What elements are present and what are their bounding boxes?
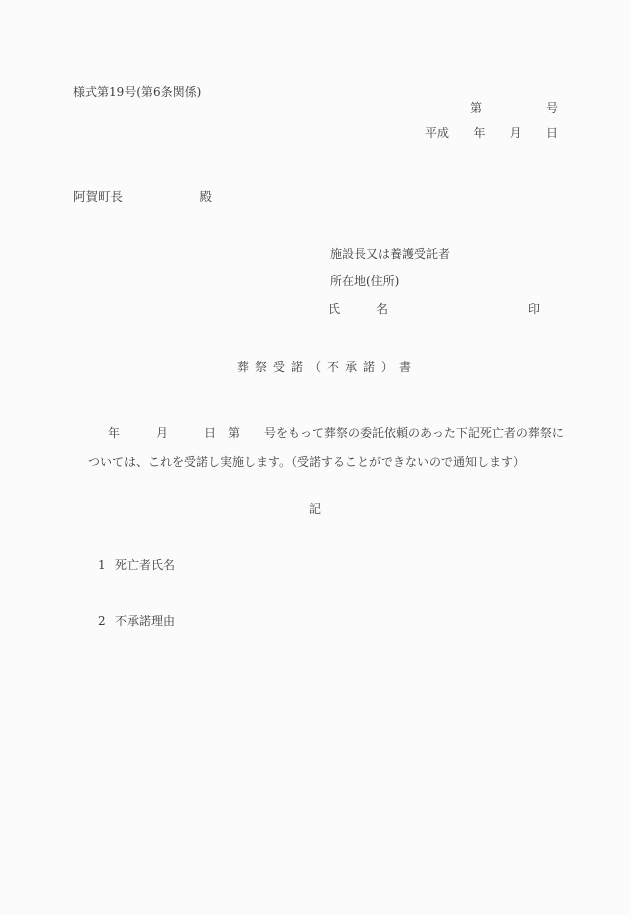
date-day: 日 — [546, 127, 558, 141]
sender-name-label: 氏 名 — [328, 303, 388, 317]
item-number: 2 — [98, 615, 115, 629]
body-paragraph-line2: ついては、これを受諾し実施します。（受諾することができないので通知します） — [88, 456, 525, 470]
addressee-title: 阿賀町長 — [73, 190, 123, 204]
form-number: 様式第19号(第6条関係) — [73, 86, 201, 100]
document-title: 葬祭受諾（不承諾）書 — [237, 361, 417, 375]
addressee-honorific: 殿 — [199, 190, 212, 204]
doc-number-prefix: 第 — [470, 102, 482, 116]
list-item-refusal-reason: 2 不承諾理由 — [98, 615, 175, 629]
item-label: 不承諾理由 — [115, 615, 175, 629]
date-line: 平成 年 月 日 — [425, 127, 558, 141]
item-number: 1 — [98, 559, 115, 573]
date-era: 平成 — [425, 127, 449, 141]
body-paragraph-line1: 年 月 日 第 号をもって葬祭の委託依頼のあった下記死亡者の葬祭に — [108, 427, 564, 441]
addressee-line: 阿賀町長 殿 — [73, 190, 212, 204]
doc-number-suffix: 号 — [546, 102, 558, 116]
list-item-deceased-name: 1 死亡者氏名 — [98, 559, 175, 573]
item-label: 死亡者氏名 — [115, 559, 175, 573]
note-heading: 記 — [0, 503, 630, 517]
seal-label: 印 — [528, 303, 540, 317]
date-year: 年 — [473, 127, 485, 141]
sender-address-label: 所在地(住所) — [330, 275, 399, 289]
document-page: 様式第19号(第6条関係) 第 号 平成 年 月 日 阿賀町長 殿 施設長又は養… — [0, 0, 630, 915]
doc-number-line: 第 号 — [470, 102, 558, 116]
sender-role-label: 施設長又は養護受託者 — [330, 248, 450, 262]
date-month: 月 — [510, 127, 522, 141]
